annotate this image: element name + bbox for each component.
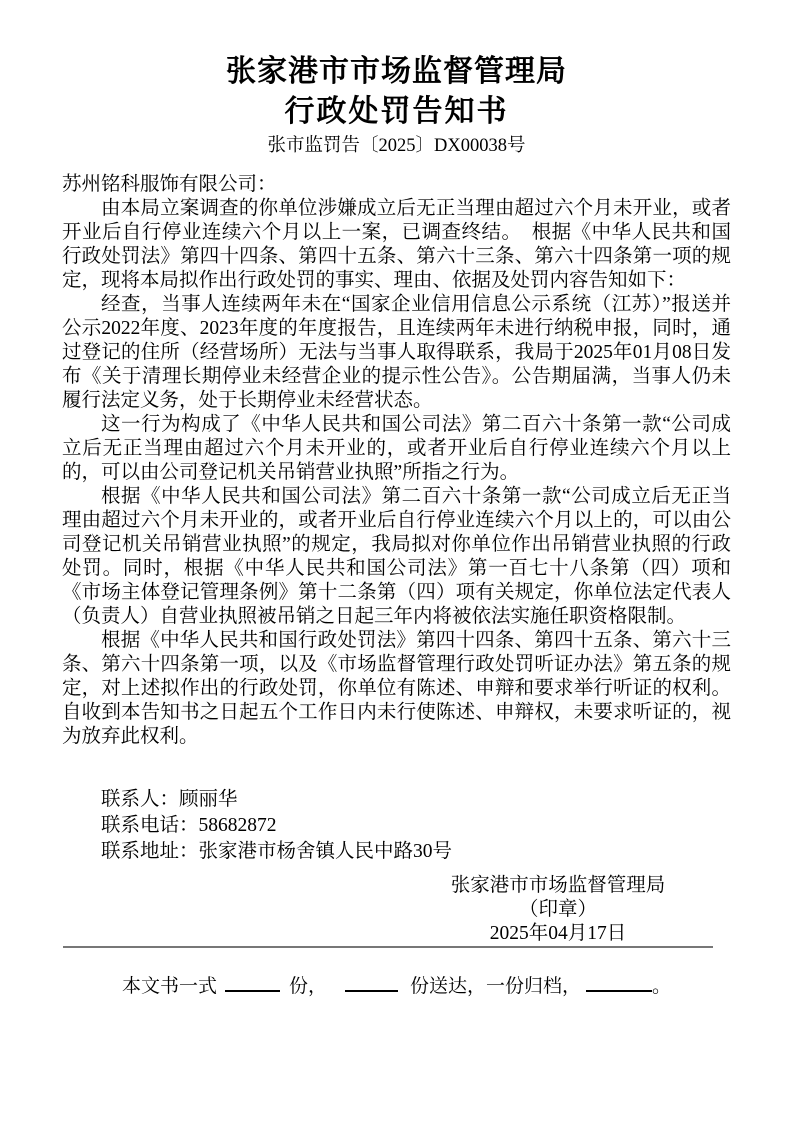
signature-block: 张家港市市场监督管理局 （印章） 2025年04月17日 bbox=[428, 874, 688, 946]
body-paragraph: 这一行为构成了《中华人民共和国公司法》第二百六十条第一款“公司成立后无正当理由超… bbox=[62, 413, 731, 485]
contact-value: 张家港市杨舍镇人民中路30号 bbox=[199, 841, 453, 862]
contact-address-row: 联系地址：张家港市杨舍镇人民中路30号 bbox=[101, 839, 731, 865]
contact-label: 联系电话： bbox=[101, 815, 199, 836]
contact-person-row: 联系人：顾丽华 bbox=[101, 787, 731, 813]
distribution-note-text: 份送达，一份归档， bbox=[410, 976, 581, 997]
agency-title: 张家港市市场监督管理局 bbox=[62, 52, 731, 92]
copies-blank-field bbox=[225, 975, 280, 992]
contact-block: 联系人：顾丽华 联系电话：58682872 联系地址：张家港市杨舍镇人民中路30… bbox=[62, 787, 731, 865]
body-paragraph: 根据《中华人民共和国公司法》第二百六十条第一款“公司成立后无正当理由超过六个月未… bbox=[62, 485, 731, 629]
seal-placeholder: （印章） bbox=[428, 898, 688, 922]
issuing-agency: 张家港市市场监督管理局 bbox=[428, 874, 688, 898]
issue-date: 2025年04月17日 bbox=[428, 922, 688, 946]
distribution-note-text: 份， bbox=[289, 976, 327, 997]
penalty-notice-page: 张家港市市场监督管理局 行政处罚告知书 张市监罚告〔2025〕DX00038号 … bbox=[0, 0, 793, 1122]
contact-value: 58682872 bbox=[199, 815, 277, 836]
document-content: 张家港市市场监督管理局 行政处罚告知书 张市监罚告〔2025〕DX00038号 … bbox=[0, 52, 793, 946]
body-paragraph: 由本局立案调查的你单位涉嫌成立后无正当理由超过六个月未开业，或者开业后自行停业连… bbox=[62, 197, 731, 293]
footer-divider bbox=[63, 946, 713, 948]
document-number: 张市监罚告〔2025〕DX00038号 bbox=[62, 135, 731, 157]
recipient-salutation: 苏州铭科服饰有限公司： bbox=[62, 173, 731, 197]
body-paragraph: 根据《中华人民共和国行政处罚法》第四十四条、第四十五条、第六十三条、第六十四条第… bbox=[62, 629, 731, 749]
contact-phone-row: 联系电话：58682872 bbox=[101, 813, 731, 839]
document-title: 行政处罚告知书 bbox=[62, 92, 731, 132]
distribution-note: 本文书一式份，份送达，一份归档，。 bbox=[0, 975, 793, 999]
contact-label: 联系人： bbox=[101, 789, 179, 810]
distribution-note-text: 。 bbox=[652, 976, 671, 997]
document-body: 苏州铭科服饰有限公司： 由本局立案调查的你单位涉嫌成立后无正当理由超过六个月未开… bbox=[62, 173, 731, 749]
body-paragraph: 经查，当事人连续两年未在“国家企业信用信息公示系统（江苏）”报送并公示2022年… bbox=[62, 293, 731, 413]
contact-value: 顾丽华 bbox=[179, 789, 238, 810]
contact-label: 联系地址： bbox=[101, 841, 199, 862]
extra-blank-field bbox=[586, 975, 652, 992]
distribution-note-text: 本文书一式 bbox=[122, 976, 217, 997]
delivered-copies-blank-field bbox=[345, 975, 398, 992]
